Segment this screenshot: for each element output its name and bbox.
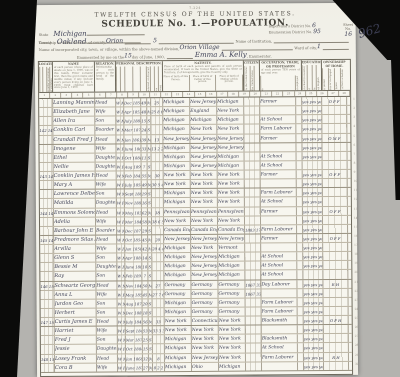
- cell-born: Nov 1849: [125, 281, 142, 289]
- cell-rel: Wife: [97, 363, 118, 371]
- cell-born: Oct 1884: [126, 345, 143, 353]
- line-number: 9: [354, 168, 359, 177]
- column-number: 15: [195, 92, 206, 97]
- cell-occ: At School: [261, 152, 297, 160]
- cell-cit: [245, 198, 261, 206]
- cell-name: Adelia: [54, 217, 96, 225]
- cell-mbp: New Jersey: [217, 143, 244, 151]
- column-number: 9: [128, 92, 139, 97]
- cell-own: [323, 289, 348, 297]
- cell-mbp: New York: [218, 189, 245, 197]
- cell-loc: [40, 245, 54, 253]
- cell-mbp: New York: [219, 344, 246, 352]
- cell-occ: [262, 362, 298, 370]
- cell-rel: Son: [96, 190, 117, 198]
- cell-cs: W M: [117, 208, 125, 216]
- cell-mbp: New York: [219, 326, 246, 334]
- column-sub-header: Number of family in the order of visitat…: [49, 67, 53, 92]
- cell-mbp: Germany: [218, 289, 245, 297]
- cell-name: Lawrence Delbert: [54, 190, 96, 198]
- cell-cit: [245, 262, 261, 270]
- cell-mbp: Vermont: [218, 244, 245, 252]
- cell-bp: Michigan: [163, 107, 190, 115]
- cell-edu: yes yes yes: [303, 261, 323, 269]
- cell-cs: W M: [116, 135, 124, 143]
- column-group-relation: RELATION.Relationship of each person to …: [95, 62, 116, 92]
- cell-cit: [245, 189, 261, 197]
- cell-born: Mar 1842: [125, 217, 142, 225]
- column-number: 17: [217, 92, 228, 97]
- cell-bp: Michigan: [164, 244, 191, 252]
- cell-own: [323, 179, 348, 187]
- cell-fm: 20: [152, 235, 164, 243]
- cell-edu: yes yes yes: [304, 343, 324, 351]
- cell-name: Curtis James E: [55, 318, 97, 326]
- cell-fm: [152, 262, 164, 270]
- cell-mbp: New Jersey: [218, 234, 245, 242]
- column-number: 7: [106, 93, 117, 98]
- cell-rel: Wife: [96, 181, 117, 189]
- district-block: Supervisor's District No. 6 Enumeration …: [269, 23, 347, 36]
- cell-edu: yes yes yes: [303, 152, 323, 160]
- cell-edu: yes yes yes: [303, 225, 323, 233]
- cell-born: July 1850: [125, 180, 142, 188]
- cell-occ: At School: [261, 271, 297, 279]
- column-sub-header: Months not employed: [295, 75, 301, 90]
- cell-fm: 8 2 2: [153, 363, 165, 371]
- column-number: 1: [39, 93, 50, 98]
- cell-occ: Farmer: [261, 207, 297, 215]
- cell-bp: New York: [164, 171, 191, 179]
- cell-occ: Farmer: [261, 234, 297, 242]
- cell-edu: yes yes yes: [304, 307, 324, 315]
- cell-bp: Michigan: [164, 189, 191, 197]
- cell-edu: yes yes yes: [302, 124, 322, 132]
- cell-own: O F F: [322, 97, 347, 105]
- cell-own: [324, 325, 349, 333]
- cell-name: Herbert: [55, 309, 97, 317]
- cell-bp: Germany: [164, 280, 191, 288]
- cell-edu: yes yes yes: [304, 325, 324, 333]
- cell-cit: [245, 234, 261, 242]
- line-number: 20: [354, 268, 359, 277]
- cell-mbp: New York: [217, 107, 244, 115]
- cell-name: Matilda: [54, 199, 96, 207]
- cell-rel: Head: [95, 99, 116, 107]
- cell-fbp: New Jersey: [190, 134, 217, 142]
- cell-loc: [40, 154, 54, 162]
- cell-rel: Head: [95, 135, 116, 143]
- column-number: 23: [284, 91, 295, 96]
- cell-fbp: New York: [191, 244, 218, 252]
- line-number: 12: [354, 195, 359, 204]
- cell-cit: [245, 244, 261, 252]
- cell-cs: W F: [117, 263, 125, 271]
- cell-mbp: Germany: [219, 307, 246, 315]
- cell-fbp: Germany: [191, 280, 218, 288]
- cell-mbp: Michigan: [219, 362, 246, 370]
- cell-born: Feb 1893: [125, 272, 142, 280]
- line-number: 7: [354, 150, 359, 159]
- cell-own: R H: [323, 279, 348, 287]
- cell-name: Predmore Silas A: [54, 236, 96, 244]
- cell-mbp: New York: [218, 180, 245, 188]
- cell-loc: [40, 227, 54, 235]
- cell-mbp: Michigan: [217, 98, 244, 106]
- cell-fm: [153, 345, 165, 353]
- cell-occ: Blacksmith: [262, 316, 298, 324]
- line-number: 29: [355, 350, 360, 359]
- column-number: 25: [306, 91, 317, 96]
- cell-edu: yes yes yes: [303, 280, 323, 288]
- cell-bp: Michigan: [165, 335, 192, 343]
- cell-own: [324, 343, 349, 351]
- cell-bp: Michigan: [164, 271, 191, 279]
- cell-rel: Daughter: [97, 345, 118, 353]
- cell-fm: 38: [152, 208, 164, 216]
- cell-name: Cora B: [55, 363, 97, 371]
- enumerator-signature: Emma A. Kelly: [195, 51, 247, 59]
- cell-cs: W F: [117, 244, 125, 252]
- cell-cs: W F: [118, 327, 126, 335]
- cell-born: Sept 1846: [126, 326, 143, 334]
- cell-loc: [41, 336, 55, 344]
- cell-edu: yes yes yes: [303, 289, 323, 297]
- cell-fm: [153, 308, 165, 316]
- cell-bp: Michigan: [165, 308, 192, 316]
- cell-cit: [246, 307, 262, 315]
- line-number: 23: [355, 296, 360, 305]
- cell-occ: Day Laborer: [261, 280, 297, 288]
- cell-occ: Farm Laborer: [262, 298, 298, 306]
- cell-edu: yes yes yes: [303, 216, 323, 224]
- cell-loc: [41, 300, 55, 308]
- census-form-page: 7-224 TWELFTH CENSUS OF THE UNITED STATE…: [34, 3, 358, 377]
- cell-cit: [246, 344, 262, 352]
- cell-name: Conklin Carl: [53, 126, 95, 134]
- column-group-ownership: OWNERSHIP OF HOME.Owned or rentedOwned f…: [322, 60, 347, 90]
- cell-bp: New Jersey: [163, 134, 190, 142]
- cell-fbp: Ohio: [192, 362, 219, 370]
- cell-cs: W M: [117, 190, 125, 198]
- line-number: 8: [354, 159, 359, 168]
- cell-occ: Blacksmith: [262, 334, 298, 342]
- cell-born: May 1838: [125, 208, 142, 216]
- column-sub-header: Naturalization: [254, 65, 259, 91]
- cell-fbp: New Jersey: [191, 253, 218, 261]
- line-number: 10: [354, 177, 359, 186]
- column-sub-header: Place of birth of Mother of this person.: [216, 75, 243, 91]
- cell-bp: Germany: [164, 290, 191, 298]
- cell-own: [324, 307, 349, 315]
- cell-fbp: New York: [192, 326, 219, 334]
- cell-name: Lanning Manning G: [53, 99, 95, 107]
- cell-edu: yes yes yes: [304, 362, 324, 370]
- cell-own: [323, 252, 348, 260]
- cell-own: [322, 143, 347, 151]
- column-sub-header: Can read: [307, 65, 312, 90]
- cell-cit: [245, 171, 261, 179]
- cell-born: Oct 1888: [125, 153, 142, 161]
- cell-own: [323, 152, 348, 160]
- cell-mbp: Michigan: [218, 271, 245, 279]
- cell-born: June 1866: [124, 144, 141, 152]
- cell-fm: [153, 335, 165, 343]
- line-number: 3: [353, 113, 358, 122]
- cell-cs: W F: [116, 108, 124, 116]
- cell-fm: [152, 226, 164, 234]
- cell-occ: Farm Laborer: [262, 353, 298, 361]
- cell-mbp: Michigan: [217, 116, 244, 124]
- cell-loc: 144 148: [40, 208, 54, 216]
- cell-rel: Head: [97, 354, 118, 362]
- cell-cs: W F: [118, 363, 126, 371]
- cell-edu: yes yes yes: [302, 115, 322, 123]
- cell-fm: [152, 153, 164, 161]
- cell-fm: 13 2 2: [151, 144, 163, 152]
- column-number: 4: [72, 93, 83, 98]
- cell-born: Sept 1880: [125, 190, 142, 198]
- cell-cs: W M: [117, 272, 125, 280]
- line-number: 18: [354, 250, 359, 259]
- cell-loc: [41, 345, 55, 353]
- column-number: 12: [161, 92, 172, 97]
- cell-occ: At School: [261, 161, 297, 169]
- column-group-note: Relationship of each person to the head …: [95, 66, 115, 82]
- supervisor-district-label: Supervisor's District No.: [269, 24, 311, 28]
- cell-name: Elizabeth Jane: [53, 108, 95, 116]
- cell-bp: Michigan: [164, 153, 191, 161]
- cell-fbp: Canada Eng: [191, 226, 218, 234]
- column-sub-header: Can speak English: [316, 65, 321, 91]
- cell-fbp: Michigan: [190, 116, 217, 124]
- column-sub-header: Number of these children living: [158, 66, 162, 92]
- cell-bp: Canada Eng: [164, 226, 191, 234]
- cell-loc: [40, 291, 54, 299]
- line-number: 19: [354, 259, 359, 268]
- cell-own: [324, 298, 349, 306]
- cell-loc: [39, 108, 53, 116]
- cell-edu: yes yes yes: [303, 243, 323, 251]
- cell-occ: [261, 179, 297, 187]
- line-number: 11: [354, 186, 359, 195]
- cell-mbp: New York: [219, 335, 246, 343]
- column-number: 5: [84, 93, 95, 98]
- cell-rel: Head: [96, 208, 117, 216]
- cell-rel: Daughter: [96, 153, 117, 161]
- cell-fm: 30: [152, 171, 164, 179]
- cell-fm: 38 6 5: [152, 217, 164, 225]
- cell-name: Glenn S: [54, 254, 96, 262]
- cell-cs: W M: [117, 254, 125, 262]
- cell-cit: [244, 107, 260, 115]
- cell-rel: Wife: [95, 144, 116, 152]
- cell-own: [322, 124, 347, 132]
- column-number: 16: [206, 92, 217, 97]
- cell-occ: [260, 143, 296, 151]
- line-number: 21: [354, 277, 359, 286]
- line-number: 25: [355, 314, 360, 323]
- cell-mbp: Michigan: [218, 152, 245, 160]
- cell-edu: yes yes yes: [304, 334, 324, 342]
- cell-born: Dec 1850: [124, 98, 141, 106]
- cell-bp: Michigan: [165, 363, 192, 371]
- cell-cs: W F: [117, 199, 125, 207]
- cell-edu: yes yes yes: [303, 252, 323, 260]
- column-number: 20: [250, 91, 261, 96]
- cell-fm: [153, 299, 165, 307]
- cell-cs: W M: [116, 117, 124, 125]
- cell-cit: 1867 33: [245, 289, 261, 297]
- cell-fbp: New Jersey: [191, 262, 218, 270]
- cell-born: Aug 1879: [126, 299, 143, 307]
- line-number: 30: [355, 359, 360, 368]
- cell-name: Crandall Fred J: [53, 135, 95, 143]
- cell-mbp: Germany: [219, 298, 246, 306]
- cell-rel: Wife: [96, 245, 117, 253]
- column-group-name: NAMEof each person whose place of abode …: [53, 62, 95, 92]
- cell-cs: W M: [117, 235, 125, 243]
- cell-name: Allen Ira: [53, 117, 95, 125]
- cell-own: [323, 197, 348, 205]
- cell-mbp: Michigan: [218, 262, 245, 270]
- cell-cs: W F: [117, 162, 125, 170]
- column-sub-header: Number of farm schedule: [340, 68, 347, 90]
- column-number: 21: [261, 91, 272, 96]
- column-number: 10: [139, 92, 150, 97]
- column-group-note: Place of birth of each person and parent…: [163, 65, 243, 75]
- table-row: Cora BWifeW FJune 187227M8 2 2MichiganOh…: [41, 361, 352, 372]
- line-number: 1: [353, 95, 358, 104]
- cell-bp: New Jersey: [164, 235, 191, 243]
- cell-mbp: New York: [218, 216, 245, 224]
- cell-edu: yes yes yes: [303, 179, 323, 187]
- line-number: 14: [354, 213, 359, 222]
- cell-born: Jan 1861: [124, 135, 141, 143]
- cell-loc: [41, 309, 55, 317]
- cell-cit: [246, 298, 262, 306]
- cell-own: [324, 362, 349, 370]
- cell-fbp: New York: [191, 180, 218, 188]
- cell-bp: Michigan: [163, 144, 190, 152]
- cell-mbp: Canada Eng: [218, 225, 245, 233]
- cell-fm: 33: [153, 317, 165, 325]
- cell-own: O F H: [324, 316, 349, 324]
- cell-fbp: New Jersey: [191, 162, 218, 170]
- cell-loc: [40, 218, 54, 226]
- cell-mbp: New York: [219, 317, 246, 325]
- cell-name: Conklin James H: [54, 172, 96, 180]
- cell-cit: [246, 362, 262, 370]
- cell-bp: Michigan: [164, 198, 191, 206]
- cell-cit: [246, 353, 262, 361]
- cell-own: [324, 334, 349, 342]
- column-group-nativity: NATIVITY.Place of birth of each person a…: [163, 61, 244, 92]
- cell-loc: [40, 254, 54, 262]
- cell-fm: [152, 253, 164, 261]
- cell-mbp: New Jersey: [217, 134, 244, 142]
- cell-name: Harriet: [55, 327, 97, 335]
- cell-born: Mar 1875: [126, 336, 143, 344]
- line-number: 28: [355, 341, 360, 350]
- cell-fm: 13: [151, 135, 163, 143]
- cell-fm: [152, 162, 164, 170]
- cell-fbp: England: [190, 107, 217, 115]
- cell-name: Mary A: [54, 181, 96, 189]
- cell-own: R H: [324, 352, 349, 360]
- line-number: 15: [354, 223, 359, 232]
- cell-loc: [40, 181, 54, 189]
- column-number: 19: [239, 92, 250, 97]
- cell-fbp: New York: [190, 125, 217, 133]
- cell-cit: [245, 216, 261, 224]
- cell-cs: W M: [118, 299, 126, 307]
- cell-born: June 1872: [126, 363, 143, 371]
- line-number: 24: [355, 305, 360, 314]
- cell-occ: [262, 325, 298, 333]
- cell-fbp: New Jersey: [191, 153, 218, 161]
- cell-fbp: New York: [191, 216, 218, 224]
- column-number: 13: [172, 92, 183, 97]
- line-number-margin: 1234567891011121314151617181920212223242…: [353, 95, 360, 369]
- cell-rel: Wife: [96, 217, 117, 225]
- cell-rel: Daughter: [96, 199, 117, 207]
- cell-edu: yes yes yes: [303, 188, 323, 196]
- township-mark: 5: [153, 37, 157, 44]
- cell-cs: W M: [118, 336, 126, 344]
- scan-border-right: [389, 58, 400, 200]
- cell-rel: Wife: [97, 327, 118, 335]
- cell-fbp: New Jersey: [190, 98, 217, 106]
- cell-mbp: New York: [218, 198, 245, 206]
- cell-born: Apr 1852: [124, 107, 141, 115]
- cell-name: Fred J: [55, 336, 97, 344]
- line-number: 22: [354, 286, 359, 295]
- cell-born: June 1889: [125, 263, 142, 271]
- cell-cit: 1867 33 Na: [245, 280, 261, 288]
- cell-occ: At School: [260, 116, 296, 124]
- cell-fbp: New Jersey: [191, 271, 218, 279]
- cell-loc: [39, 117, 53, 125]
- cell-fbp: New York: [191, 198, 218, 206]
- cell-bp: New York: [164, 180, 191, 188]
- cell-rel: Son: [97, 336, 118, 344]
- cell-own: [323, 161, 348, 169]
- cell-occ: [261, 243, 297, 251]
- column-number: 18: [228, 92, 239, 97]
- table-header: LOCATION.StreetHouse numberNumber of dwe…: [39, 60, 350, 93]
- cell-occ: Farmer: [260, 134, 296, 142]
- cell-bp: Michigan: [165, 299, 192, 307]
- cell-rel: Head: [96, 172, 117, 180]
- cell-born: July 1843: [126, 317, 143, 325]
- column-number: 22: [272, 91, 283, 96]
- enumeration-district-value: 95: [313, 28, 321, 35]
- cell-occ: Farmer: [260, 97, 296, 105]
- cell-bp: Michigan: [164, 162, 191, 170]
- cell-born: Nov 1883: [125, 199, 142, 207]
- cell-born: Dec 1881: [126, 308, 143, 316]
- line-number: 5: [353, 131, 358, 140]
- cell-edu: yes yes yes: [304, 353, 324, 361]
- cell-occ: Farm Laborer: [261, 189, 297, 197]
- census-table: LOCATION.StreetHouse numberNumber of dwe…: [38, 59, 353, 377]
- cell-born: July 1884: [124, 117, 141, 125]
- cell-loc: 147 151: [41, 318, 55, 326]
- column-group-citizenship: CITIZENSHIP.Year of immigration to the U…: [244, 61, 260, 91]
- cell-fbp: New Jersey: [190, 143, 217, 151]
- cell-bp: Michigan: [164, 253, 191, 261]
